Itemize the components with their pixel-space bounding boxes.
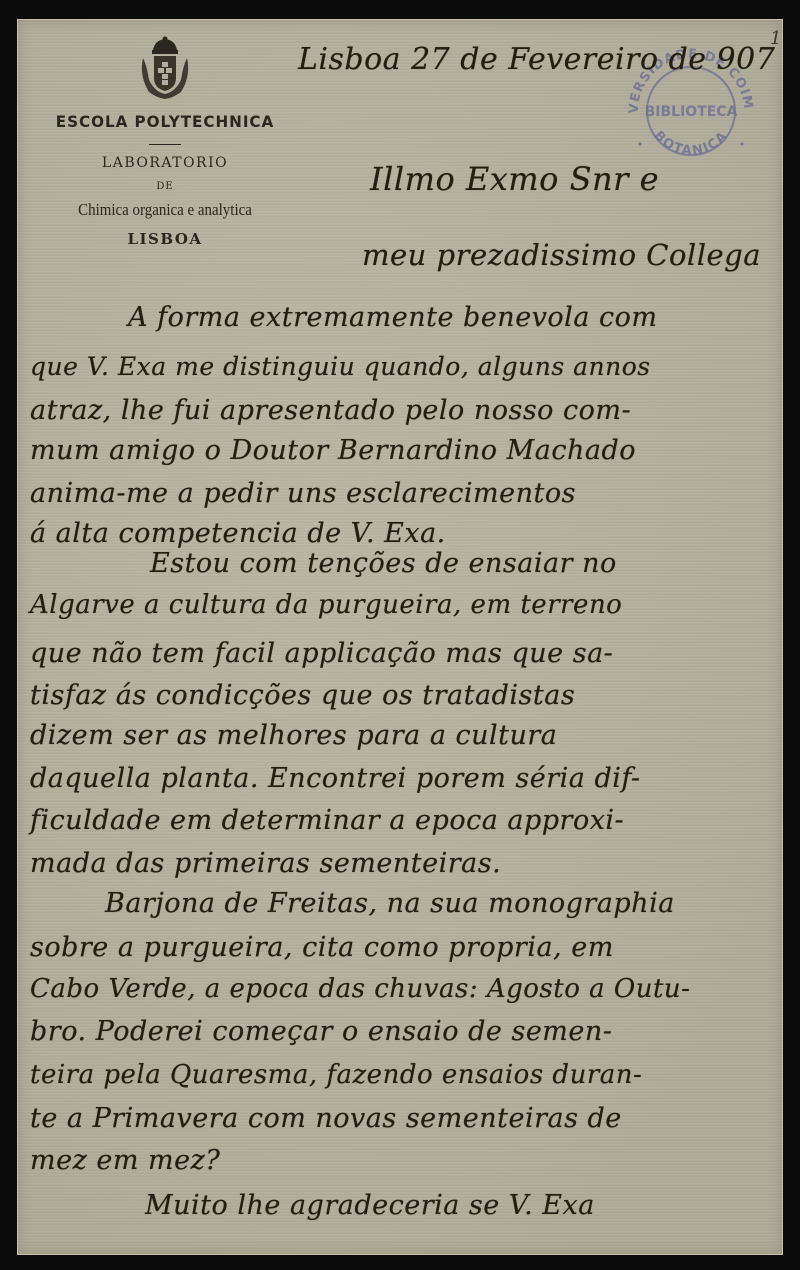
salutation-line: meu prezadissimo Collega <box>362 238 761 272</box>
body-line: Muito lhe agradeceria se V. Exa <box>145 1190 595 1221</box>
body-line: bro. Poderei começar o ensaio de semen- <box>30 1016 612 1047</box>
salutation-line: Illmo Exmo Snr e <box>370 160 659 198</box>
body-line: sobre a purgueira, cita como propria, em <box>30 932 614 963</box>
body-line: ficuldade em determinar a epoca approxi- <box>30 805 624 836</box>
body-line: dizem ser as melhores para a cultura <box>30 720 557 751</box>
body-line: teira pela Quaresma, fazendo ensaios dur… <box>30 1060 642 1090</box>
dateline: Lisboa 27 de Fevereiro de 907 <box>298 42 775 77</box>
body-line: anima-me a pedir uns esclarecimentos <box>30 478 576 509</box>
department-name: Chimica organica e analytica <box>55 200 275 220</box>
letterhead-divider <box>149 144 181 145</box>
body-line: mada das primeiras sementeiras. <box>30 848 501 879</box>
body-line: atraz, lhe fui apresentado pelo nosso co… <box>30 395 631 426</box>
body-line: te a Primavera com novas sementeiras de <box>30 1103 622 1134</box>
laboratory-label: LABORATORIO <box>40 155 290 171</box>
body-line: Estou com tenções de ensaiar no <box>150 548 617 579</box>
body-line: Cabo Verde, a epoca das chuvas: Agosto a… <box>30 974 690 1004</box>
school-name: ESCOLA POLYTECHNICA <box>46 112 284 131</box>
body-line: Algarve a cultura da purgueira, em terre… <box>30 590 622 620</box>
body-line: A forma extremamente benevola com <box>128 302 657 333</box>
body-line: que V. Exa me distinguiu quando, alguns … <box>30 352 651 381</box>
body-line: tisfaz ás condicções que os tratadistas <box>30 680 575 711</box>
city-name: LISBOA <box>40 230 290 248</box>
body-line: mez em mez? <box>30 1145 220 1176</box>
de-label: DE <box>40 181 290 192</box>
body-line: daquella planta. Encontrei porem séria d… <box>30 763 641 794</box>
body-line: Barjona de Freitas, na sua monographia <box>105 888 675 919</box>
coat-of-arms-icon <box>135 36 195 102</box>
letterhead: ESCOLA POLYTECHNICA LABORATORIO DE Chimi… <box>40 36 290 248</box>
svg-text:BOTANICA: BOTANICA <box>651 128 732 158</box>
body-line: á alta competencia de V. Exa. <box>30 518 446 549</box>
body-line: mum amigo o Doutor Bernardino Machado <box>30 435 636 466</box>
body-line: que não tem facil applicação mas que sa- <box>30 638 613 669</box>
stamp-center-text: BIBLIOTECA <box>645 104 738 120</box>
